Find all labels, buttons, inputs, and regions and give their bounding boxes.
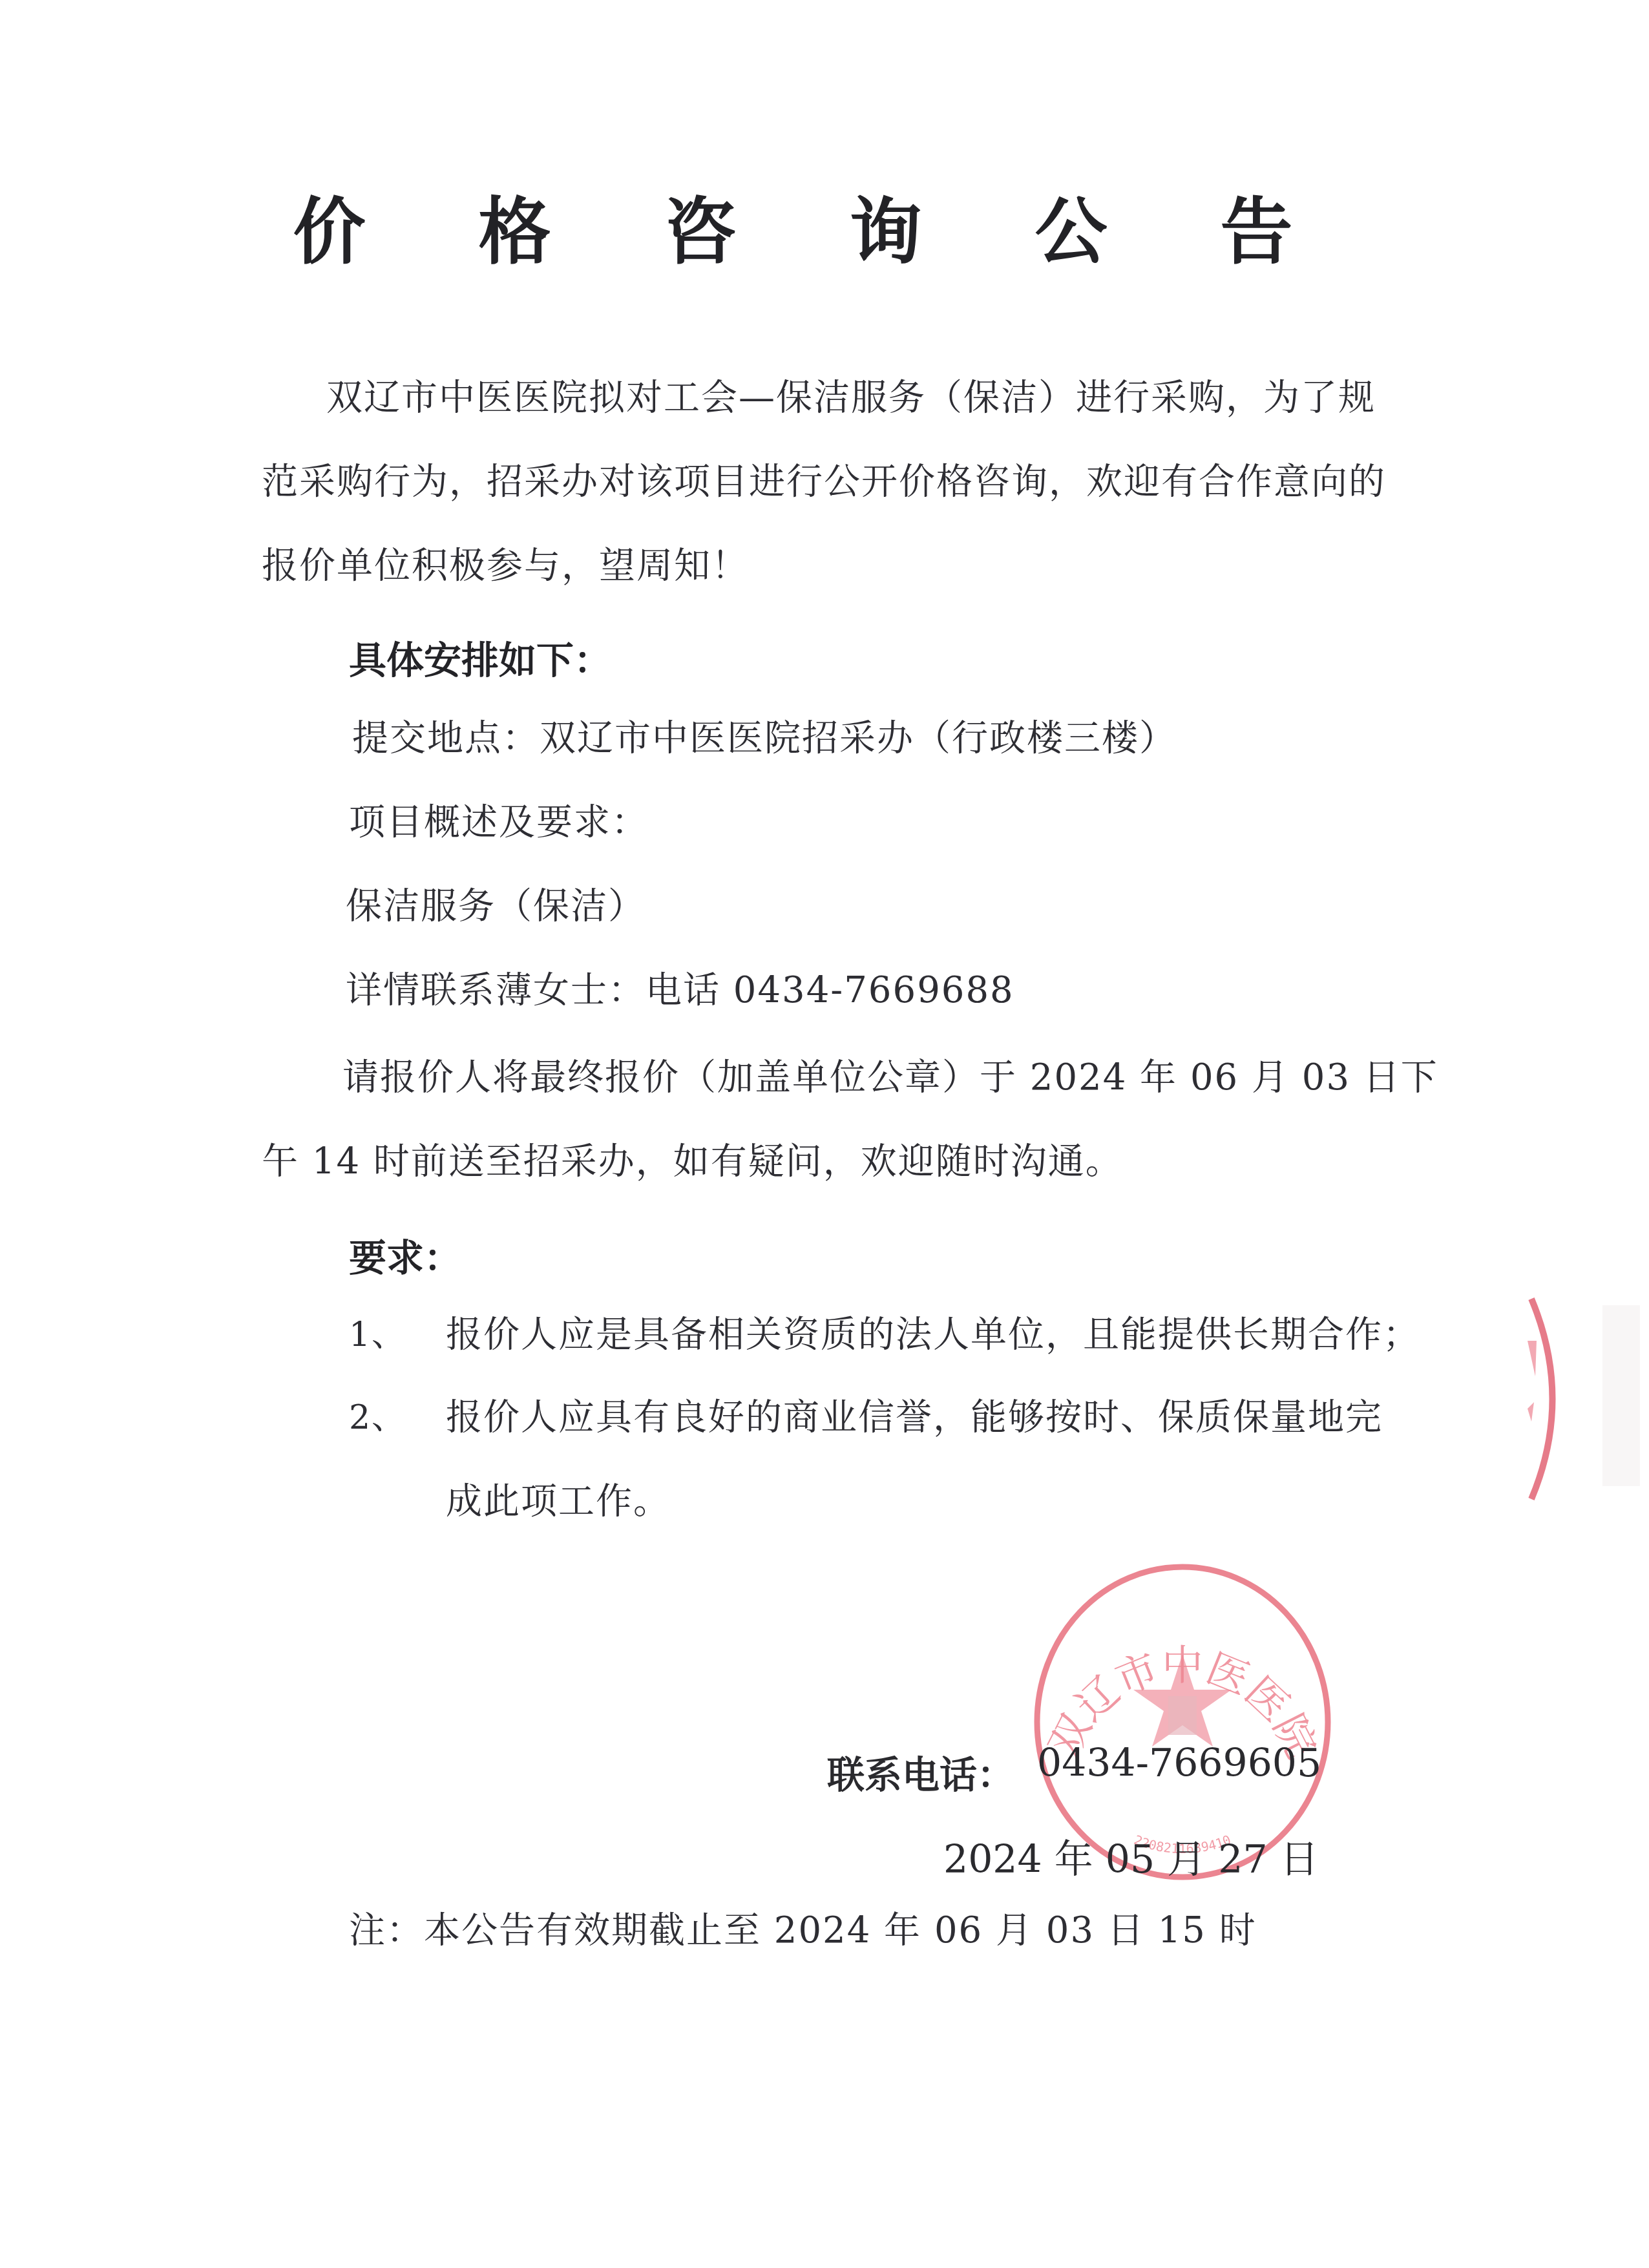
requirement-1-text: 报价人应是具备相关资质的法人单位，且能提供长期合作； [446, 1317, 1420, 1353]
project-overview-label: 项目概述及要求： [349, 804, 649, 841]
partial-seal-stamp [1525, 1292, 1602, 1506]
intro-line-3: 报价单位积极参与，望周知！ [262, 548, 749, 584]
intro-line-2: 范采购行为，招采办对该项目进行公开价格咨询，欢迎有合作意向的 [262, 464, 1386, 500]
page-title: 价 格 咨 询 公 告 [0, 174, 1649, 278]
requirement-2-number: 2、 [349, 1401, 406, 1434]
contact-phone-number: 0434-7669605 [1037, 1741, 1321, 1786]
requirements-heading: 要求： [349, 1228, 461, 1282]
scan-edge-shadow [1602, 1305, 1640, 1486]
arrangement-heading: 具体安排如下： [349, 630, 611, 684]
requirement-2-text-line-2: 成此项工作。 [446, 1484, 671, 1520]
deadline-line-1: 请报价人将最终报价（加盖单位公章）于 2024 年 06 月 03 日下 [342, 1060, 1438, 1096]
issue-date: 2024 年 05 月 27 日 [943, 1829, 1319, 1884]
validity-note: 注：本公告有效期截止至 2024 年 06 月 03 日 15 时 [349, 1913, 1257, 1949]
contact-detail: 详情联系薄女士：电话 0434-7669688 [346, 972, 1014, 1009]
contact-phone-label: 联系电话： [827, 1745, 1014, 1799]
intro-line-1: 双辽市中医医院拟对工会—保洁服务（保洁）进行采购，为了规 [326, 380, 1376, 416]
requirement-1-number: 1、 [349, 1318, 406, 1352]
project-name: 保洁服务（保洁） [346, 888, 646, 925]
deadline-line-2: 午 14 时前送至招采办，如有疑问，欢迎随时沟通。 [262, 1144, 1123, 1180]
requirement-2-text-line-1: 报价人应具有良好的商业信誉，能够按时、保质保量地完 [446, 1400, 1383, 1436]
submission-location: 提交地点：双辽市中医医院招采办（行政楼三楼） [352, 720, 1177, 757]
